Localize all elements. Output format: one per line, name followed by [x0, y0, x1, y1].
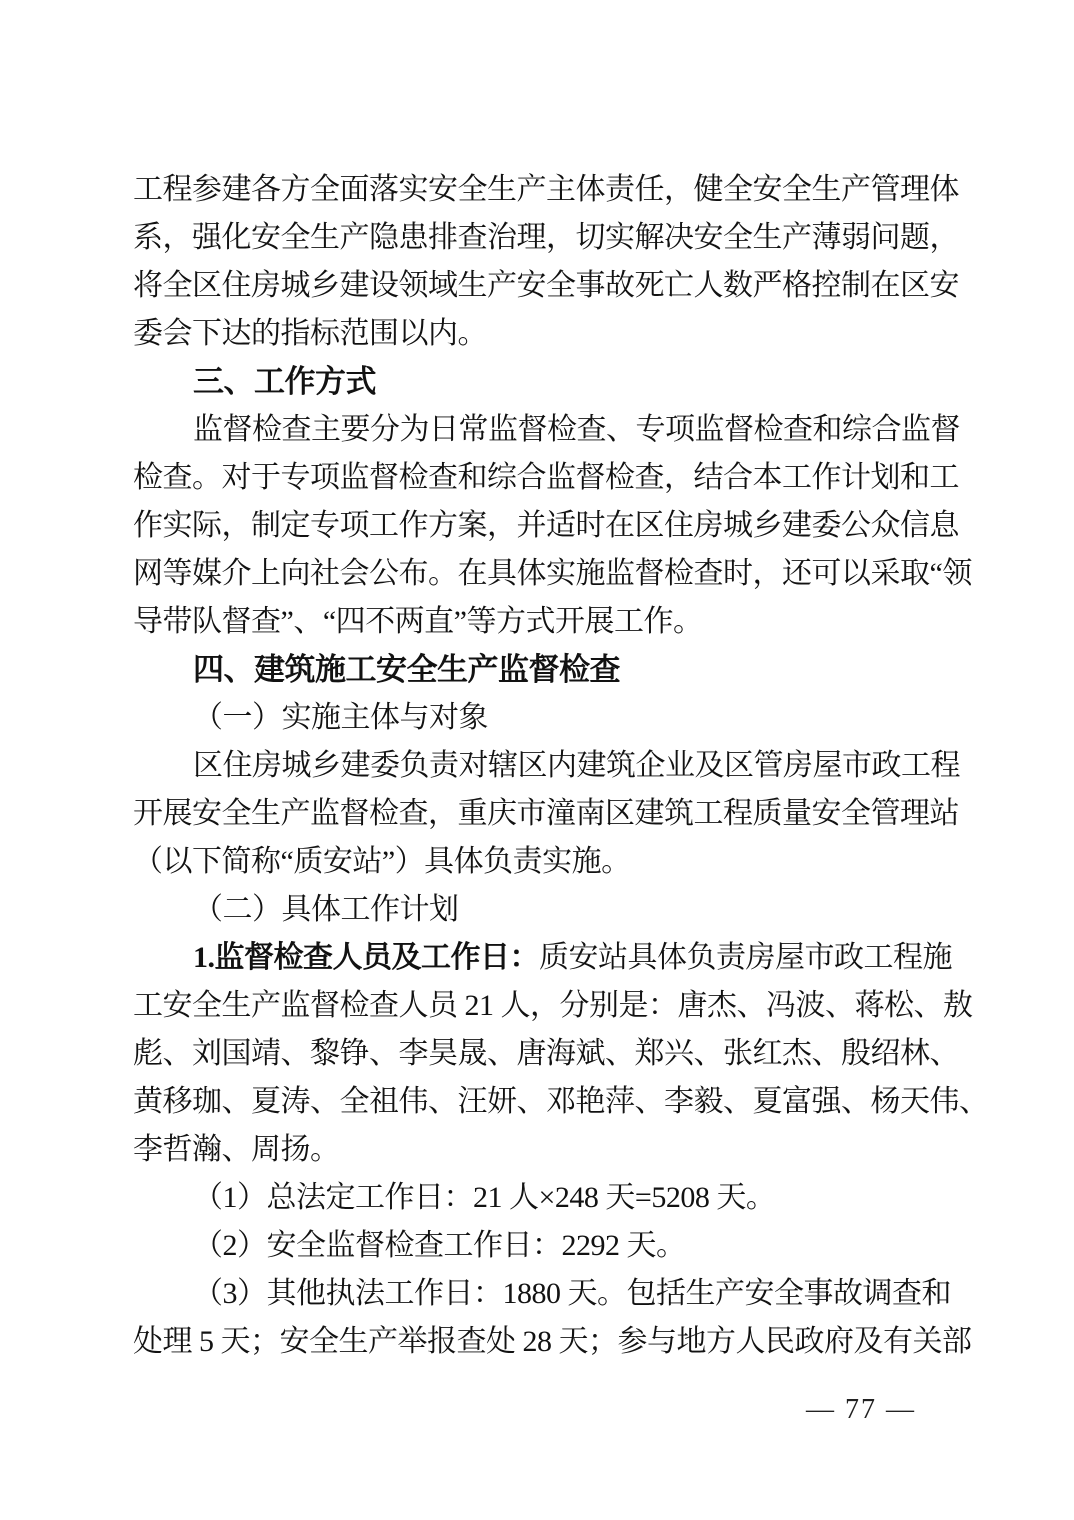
- document-line: （2）安全监督检查工作日：2292 天。: [133, 1222, 975, 1270]
- sub-heading: （二）具体工作计划: [133, 886, 975, 934]
- document-line: 委会下达的指标范围以内。: [133, 310, 975, 358]
- document-line: 作实际，制定专项工作方案，并适时在区住房城乡建委公众信息: [133, 502, 975, 550]
- document-line: 彪、刘国靖、黎铮、李昊晟、唐海斌、郑兴、张红杰、殷绍林、: [133, 1030, 975, 1078]
- section-heading: 四、建筑施工安全生产监督检查: [133, 646, 975, 694]
- sub-heading: （一）实施主体与对象: [133, 694, 975, 742]
- page-footer: — 77 —: [806, 1394, 916, 1426]
- document-line: 开展安全生产监督检查，重庆市潼南区建筑工程质量安全管理站: [133, 790, 975, 838]
- document-line: （以下简称“质安站”）具体负责实施。: [133, 838, 975, 886]
- document-line: 处理 5 天；安全生产举报查处 28 天；参与地方人民政府及有关部: [133, 1318, 975, 1366]
- page-number: — 77 —: [806, 1394, 916, 1425]
- document-line: 1.监督检查人员及工作日：质安站具体负责房屋市政工程施: [133, 934, 975, 982]
- document-content: 工程参建各方全面落实安全生产主体责任，健全安全生产管理体系，强化安全生产隐患排查…: [133, 166, 975, 1366]
- document-page: 工程参建各方全面落实安全生产主体责任，健全安全生产管理体系，强化安全生产隐患排查…: [0, 0, 1074, 1520]
- document-line: 系，强化安全生产隐患排查治理，切实解决安全生产薄弱问题，: [133, 214, 975, 262]
- document-line: 将全区住房城乡建设领域生产安全事故死亡人数严格控制在区安: [133, 262, 975, 310]
- document-line: 黄移珈、夏涛、全祖伟、汪妍、邓艳萍、李毅、夏富强、杨天伟、: [133, 1078, 975, 1126]
- document-line: 检查。对于专项监督检查和综合监督检查，结合本工作计划和工: [133, 454, 975, 502]
- document-line: 导带队督查”、“四不两直”等方式开展工作。: [133, 598, 975, 646]
- document-line: 网等媒介上向社会公布。在具体实施监督检查时，还可以采取“领: [133, 550, 975, 598]
- section-heading: 三、工作方式: [133, 358, 975, 406]
- document-line: 区住房城乡建委负责对辖区内建筑企业及区管房屋市政工程: [133, 742, 975, 790]
- document-line: 李哲瀚、周扬。: [133, 1126, 975, 1174]
- document-line: 工安全生产监督检查人员 21 人，分别是：唐杰、冯波、蒋松、敖: [133, 982, 975, 1030]
- document-line: （1）总法定工作日：21 人×248 天=5208 天。: [133, 1174, 975, 1222]
- bold-lead-label: 1.监督检查人员及工作日：: [193, 941, 539, 974]
- document-line: 监督检查主要分为日常监督检查、专项监督检查和综合监督: [133, 406, 975, 454]
- document-line: 工程参建各方全面落实安全生产主体责任，健全安全生产管理体: [133, 166, 975, 214]
- document-line: （3）其他执法工作日：1880 天。包括生产安全事故调查和: [133, 1270, 975, 1318]
